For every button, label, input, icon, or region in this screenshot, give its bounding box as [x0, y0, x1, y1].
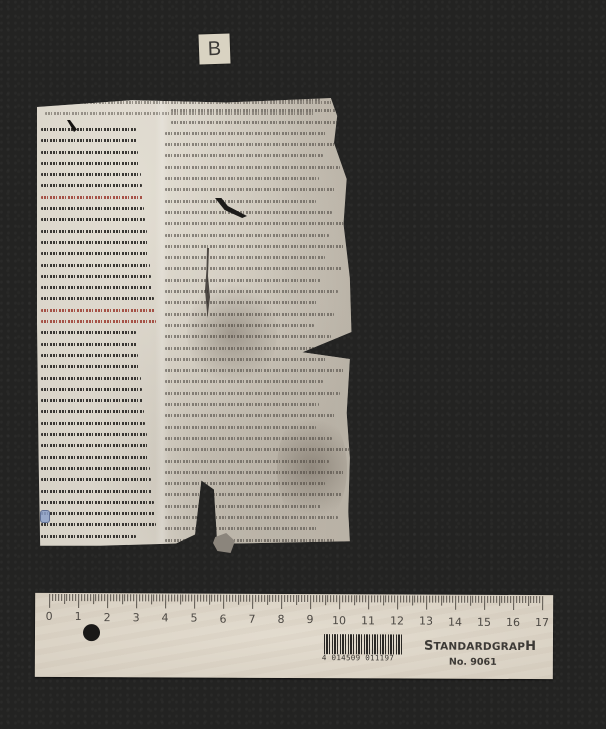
manuscript-text-line [165, 539, 334, 542]
ruler-tick-label: 14 [448, 616, 462, 627]
ruler-tick [185, 595, 186, 602]
manuscript-text-line [41, 241, 148, 244]
ruler-tick [507, 596, 508, 603]
ruler-tick [417, 596, 418, 603]
manuscript-text-line [41, 535, 136, 538]
scale-ruler: 01234567891011121314151617 4 014509 0111… [35, 593, 553, 679]
manuscript-text-line [165, 234, 329, 237]
manuscript-text-line [41, 320, 156, 323]
ruler-tick [64, 594, 65, 604]
manuscript-text-line [165, 256, 325, 259]
ruler-tick-label: 13 [419, 616, 433, 627]
ruler-tick [226, 595, 227, 602]
ruler-tick [310, 595, 311, 609]
ruler-tick [330, 595, 331, 602]
ruler-tick [107, 594, 108, 608]
manuscript-text-line [41, 218, 145, 221]
ruler-tick [165, 594, 166, 608]
ruler-tick [93, 594, 94, 604]
ruler-tick [531, 596, 532, 603]
ruler-tick [127, 594, 128, 601]
manuscript-text-line [41, 377, 141, 380]
ruler-tick [249, 595, 250, 602]
ruler-tick [496, 596, 497, 603]
ruler-tick [493, 596, 494, 603]
ruler-tick [191, 595, 192, 602]
ruler-tick [354, 595, 355, 605]
ruler-tick [473, 596, 474, 603]
ruler-tick [400, 595, 401, 602]
ruler-tick [154, 594, 155, 601]
ruler-tick [119, 594, 120, 601]
ruler-tick [348, 595, 349, 602]
ruler-tick [502, 596, 503, 603]
manuscript-text-line [41, 230, 147, 233]
ruler-tick [72, 594, 73, 601]
ruler-tick [159, 594, 160, 601]
ruler-tick [464, 596, 465, 603]
ruler-tick [156, 594, 157, 601]
ruler-tick [67, 594, 68, 601]
ruler-tick [403, 595, 404, 602]
ruler-tick [229, 595, 230, 602]
ruler-tick [374, 595, 375, 602]
ruler-tick [426, 596, 427, 610]
ruler-tick [212, 595, 213, 602]
manuscript-text-line [165, 200, 316, 203]
ruler-tick [235, 595, 236, 602]
ruler-tick [217, 595, 218, 602]
ruler-tick [333, 595, 334, 602]
ruler-tick [386, 595, 387, 602]
manuscript-text-line [41, 467, 150, 470]
ruler-tick [429, 596, 430, 603]
ruler-tick [415, 596, 416, 603]
manuscript-text-line [165, 392, 340, 395]
ruler-tick [171, 594, 172, 601]
ruler-tick [84, 594, 85, 601]
ruler-tick [325, 595, 326, 605]
manuscript-text-line [41, 410, 144, 413]
ruler-tick [319, 595, 320, 602]
manuscript-text-line [41, 207, 144, 210]
manuscript-text-line [171, 98, 320, 101]
ruler-tick [148, 594, 149, 601]
ruler-tick-label: 2 [104, 612, 111, 623]
barcode-number: 4 014509 011197 [322, 654, 394, 662]
ruler-tick [452, 596, 453, 603]
ruler-tick [264, 595, 265, 602]
ruler-tick [339, 595, 340, 609]
ruler-tick [290, 595, 291, 602]
ruler-tick-label: 6 [220, 613, 227, 624]
ruler-tick [533, 596, 534, 603]
ruler-tick [299, 595, 300, 602]
ruler-tick [90, 594, 91, 601]
manuscript-text-line [165, 222, 349, 225]
manuscript-text-line [165, 132, 327, 135]
manuscript-text-line [41, 252, 149, 255]
manuscript-text-line [41, 286, 152, 289]
ruler-tick [203, 595, 204, 602]
ruler-tick [206, 595, 207, 602]
manuscript-text-line [165, 166, 340, 169]
ruler-tick [394, 595, 395, 602]
ruler-tick [423, 596, 424, 603]
ruler-tick [162, 594, 163, 601]
photo-scene: B 01234567891011121314151617 4 014509 01… [0, 0, 606, 729]
manuscript-text-line [41, 444, 148, 447]
ruler-tick [397, 595, 398, 609]
ruler-tick-label: 7 [249, 614, 256, 625]
ruler-tick [316, 595, 317, 602]
manuscript-text-line [41, 523, 156, 526]
ruler-tick [542, 596, 543, 610]
ruler-tick [304, 595, 305, 602]
ruler-tick [142, 594, 143, 601]
ruler-hanging-hole [83, 624, 100, 641]
manuscript-text-line [41, 501, 154, 504]
ruler-tick [58, 594, 59, 601]
ruler-tick [368, 595, 369, 609]
ruler-tick [194, 595, 195, 609]
ruler-tick [75, 594, 76, 601]
ruler-tick [412, 596, 413, 606]
ruler-tick [200, 595, 201, 602]
ruler-tick-label: 16 [506, 617, 520, 628]
ruler-tick [365, 595, 366, 602]
ruler-tick [351, 595, 352, 602]
ruler-tick [371, 595, 372, 602]
ruler-tick [174, 594, 175, 601]
ruler-tick [296, 595, 297, 605]
manuscript-text-line [165, 527, 318, 530]
manuscript-text-line [165, 245, 345, 248]
ruler-tick [504, 596, 505, 603]
ruler-tick [122, 594, 123, 604]
ruler-tick-label: 0 [46, 611, 53, 622]
manuscript-text-line [41, 399, 143, 402]
ruler-tick [168, 594, 169, 601]
manuscript-text-line [41, 151, 138, 154]
ruler-tick-label: 17 [535, 617, 549, 628]
ruler-tick [481, 596, 482, 603]
manuscript-text-line [171, 121, 351, 124]
ruler-tick [258, 595, 259, 602]
ruler-tick [241, 595, 242, 602]
ruler-tick-label: 5 [191, 613, 198, 624]
ruler-tick [490, 596, 491, 603]
blue-initial [40, 510, 50, 523]
ruler-tick [293, 595, 294, 602]
manuscript-text-line [165, 177, 319, 180]
ruler-tick [342, 595, 343, 602]
ruler-tick [528, 596, 529, 606]
manuscript-text-line [165, 143, 344, 146]
ruler-tick [336, 595, 337, 602]
ruler-tick [272, 595, 273, 602]
ruler-tick [516, 596, 517, 603]
ruler-tick [467, 596, 468, 603]
ruler-tick [261, 595, 262, 602]
manuscript-left-column [41, 128, 157, 543]
water-stain [277, 408, 347, 528]
ruler-tick [238, 595, 239, 605]
ruler-tick [441, 596, 442, 606]
ruler-tick [513, 596, 514, 610]
ruler-tick [145, 594, 146, 601]
ruler-tick [380, 595, 381, 602]
ruler-tick [78, 594, 79, 608]
manuscript-text-line [165, 403, 319, 406]
manuscript-text-line [41, 275, 151, 278]
ruler-tick [383, 595, 384, 605]
ruler-tick [522, 596, 523, 603]
manuscript-text-line [41, 365, 140, 368]
ruler-tick [362, 595, 363, 602]
ruler-tick [406, 595, 407, 602]
ruler-tick-label: 10 [332, 615, 346, 626]
ruler-tick-label: 12 [390, 615, 404, 626]
ruler-tick [391, 595, 392, 602]
ruler-tick [101, 594, 102, 601]
manuscript-text-line [41, 388, 142, 391]
ruler-tick [409, 596, 410, 603]
ruler-tick [87, 594, 88, 601]
ruler-tick-label: 9 [307, 614, 314, 625]
ruler-tick [449, 596, 450, 603]
manuscript-text-line [41, 139, 137, 142]
ruler-tick [188, 595, 189, 602]
ruler-tick [125, 594, 126, 601]
ruler-tick [487, 596, 488, 603]
manuscript-text-line [41, 456, 149, 459]
ruler-tick [420, 596, 421, 603]
ruler-tick [246, 595, 247, 602]
ruler-tick-label: 8 [278, 614, 285, 625]
manuscript-text-line [165, 211, 332, 214]
water-stain [187, 278, 277, 388]
ruler-tick [243, 595, 244, 602]
ruler-tick [281, 595, 282, 609]
manuscript-text-line [41, 162, 140, 165]
ruler-tick [388, 595, 389, 602]
ruler-tick [484, 596, 485, 610]
ruler-tick [232, 595, 233, 602]
ruler-tick [435, 596, 436, 603]
manuscript-text-line [165, 267, 342, 270]
manuscript-text-line [171, 109, 337, 112]
ruler-tick [177, 594, 178, 601]
ruler-tick-label: 1 [75, 611, 82, 622]
manuscript-text-line [165, 188, 336, 191]
manuscript-text-line [165, 154, 323, 157]
ruler-tick [455, 596, 456, 610]
specimen-label-letter: B [207, 39, 221, 59]
ruler-tick [307, 595, 308, 602]
ruler-tick [446, 596, 447, 603]
ruler-model-number: No. 9061 [449, 657, 497, 668]
ruler-tick [81, 594, 82, 601]
specimen-label-card: B [198, 33, 230, 64]
ruler-tick [267, 595, 268, 605]
ruler-tick [180, 595, 181, 605]
ruler-tick [301, 595, 302, 602]
ruler-tick [223, 595, 224, 609]
ruler-tick [519, 596, 520, 603]
ruler-tick [475, 596, 476, 603]
ruler-tick [328, 595, 329, 602]
ruler-tick [345, 595, 346, 602]
manuscript-text-line [41, 173, 141, 176]
ruler-tick [98, 594, 99, 601]
ruler-tick [313, 595, 314, 602]
manuscript-text-line [41, 354, 138, 357]
ruler-tick [461, 596, 462, 603]
ruler-tick [133, 594, 134, 601]
ruler-tick [69, 594, 70, 601]
ruler-tick [49, 594, 50, 608]
ruler-tick [55, 594, 56, 601]
manuscript-fragment [37, 98, 353, 548]
barcode [324, 634, 404, 654]
ruler-tick [214, 595, 215, 602]
ruler-tick [444, 596, 445, 603]
ruler-tick [183, 595, 184, 602]
ruler-tick [209, 595, 210, 605]
manuscript-text-line [41, 422, 145, 425]
ruler-tick-label: 11 [361, 615, 375, 626]
ruler-tick [151, 594, 152, 604]
ruler-brand: STANDARDGRAPH [424, 639, 536, 654]
ruler-tick [96, 594, 97, 601]
ruler-tick [113, 594, 114, 601]
ruler-tick [220, 595, 221, 602]
ruler-tick [510, 596, 511, 603]
ruler-tick [52, 594, 53, 601]
manuscript-text-line [41, 490, 152, 493]
ruler-tick [284, 595, 285, 602]
manuscript-text-line [41, 184, 142, 187]
ruler-tick [252, 595, 253, 609]
ruler-tick [61, 594, 62, 601]
ruler-tick [499, 596, 500, 606]
manuscript-text-line [41, 331, 136, 334]
ruler-tick-label: 4 [162, 612, 169, 623]
ruler-tick [139, 594, 140, 601]
ruler-tick [359, 595, 360, 602]
ruler-tick [357, 595, 358, 602]
ruler-tick [470, 596, 471, 606]
ruler-tick [438, 596, 439, 603]
ruler-scale: 01234567891011121314151617 [49, 594, 543, 620]
ruler-tick [130, 594, 131, 601]
ruler-tick [116, 594, 117, 601]
ruler-tick [539, 596, 540, 603]
ruler-tick [525, 596, 526, 603]
ruler-tick [110, 594, 111, 601]
ruler-tick [104, 594, 105, 601]
manuscript-text-line [41, 264, 150, 267]
manuscript-text-line [41, 512, 155, 515]
ruler-tick [536, 596, 537, 603]
ruler-tick-label: 3 [133, 612, 140, 623]
manuscript-text-line [41, 297, 154, 300]
ruler-tick [322, 595, 323, 602]
manuscript-text-line [41, 196, 143, 199]
ruler-tick-label: 15 [477, 617, 491, 628]
ruler-tick [270, 595, 271, 602]
manuscript-text-line [41, 128, 136, 131]
ruler-tick [275, 595, 276, 602]
ruler-tick [377, 595, 378, 602]
ruler-tick [287, 595, 288, 602]
ruler-tick [478, 596, 479, 603]
manuscript-text-line [41, 478, 151, 481]
manuscript-text-line [41, 433, 147, 436]
ruler-tick [255, 595, 256, 602]
manuscript-text-line [41, 343, 137, 346]
ruler-tick [458, 596, 459, 603]
ruler-tick [278, 595, 279, 602]
ruler-tick [432, 596, 433, 603]
ruler-tick [197, 595, 198, 602]
ruler-tick [136, 594, 137, 608]
manuscript-text-line [41, 309, 155, 312]
